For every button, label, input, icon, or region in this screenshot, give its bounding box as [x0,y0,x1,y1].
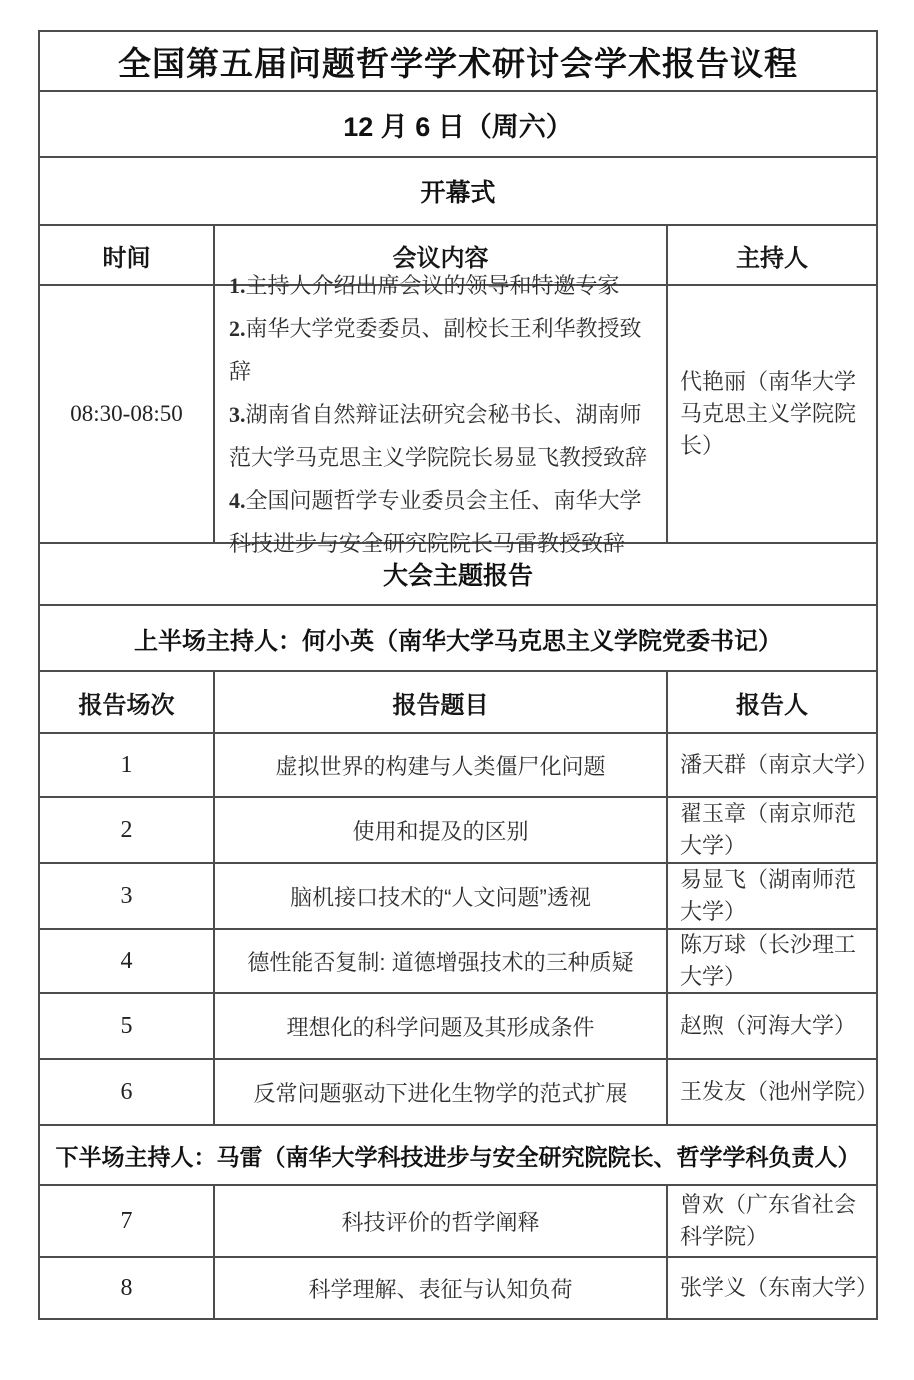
report-title: 德性能否复制: 道德增强技术的三种质疑 [213,930,668,992]
report-speaker: 曾欢（广东省社会科学院） [668,1186,876,1256]
report-number: 1 [40,734,213,796]
report-number: 3 [40,864,213,928]
report-title: 使用和提及的区别 [213,798,668,862]
report-row: 3 脑机接口技术的“人文问题”透视 易显飞（湖南师范大学） [40,862,876,928]
theme-section-title: 大会主题报告 [40,544,876,604]
item-number: 3. [229,402,246,427]
first-half-host: 上半场主持人：何小英（南华大学马克思主义学院党委书记） [40,606,876,670]
agenda-item: 3.湖南省自然辩证法研究会秘书长、湖南师范大学马克思主义学院院长易显飞教授致辞 [229,393,658,479]
opening-section-title: 开幕式 [40,158,876,224]
report-row: 1 虚拟世界的构建与人类僵尸化问题 潘天群（南京大学） [40,732,876,796]
report-speaker: 张学义（东南大学） [668,1258,876,1318]
item-number: 1. [229,273,246,298]
report-number: 7 [40,1186,213,1256]
report-title: 科学理解、表征与认知负荷 [213,1258,668,1318]
report-row: 2 使用和提及的区别 翟玉章（南京师范大学） [40,796,876,862]
report-speaker: 翟玉章（南京师范大学） [668,798,876,862]
agenda-item: 2.南华大学党委委员、副校长王利华教授致辞 [229,307,658,393]
report-number: 2 [40,798,213,862]
item-text: 主持人介绍出席会议的领导和特邀专家 [246,273,620,298]
report-title: 虚拟世界的构建与人类僵尸化问题 [213,734,668,796]
report-title: 科技评价的哲学阐释 [213,1186,668,1256]
col-header-host: 主持人 [668,226,876,284]
opening-agenda-items: 1.主持人介绍出席会议的领导和特邀专家 2.南华大学党委委员、副校长王利华教授致… [213,286,668,542]
report-speaker: 王发友（池州学院） [668,1060,876,1124]
col-header-topic: 报告题目 [213,672,668,732]
agenda-item: 1.主持人介绍出席会议的领导和特邀专家 [229,264,620,307]
report-speaker: 赵煦（河海大学） [668,994,876,1058]
opening-ceremony-row: 08:30-08:50 1.主持人介绍出席会议的领导和特邀专家 2.南华大学党委… [40,284,876,542]
report-title: 反常问题驱动下进化生物学的范式扩展 [213,1060,668,1124]
item-text: 南华大学党委委员、副校长王利华教授致辞 [229,316,642,384]
item-number: 2. [229,316,246,341]
report-title: 脑机接口技术的“人文问题”透视 [213,864,668,928]
col-header-speaker: 报告人 [668,672,876,732]
agenda-table: 全国第五届问题哲学学术研讨会学术报告议程 12 月 6 日（周六） 开幕式 时间… [38,30,878,1320]
report-row: 7 科技评价的哲学阐释 曾欢（广东省社会科学院） [40,1184,876,1256]
report-number: 8 [40,1258,213,1318]
page-title: 全国第五届问题哲学学术研讨会学术报告议程 [40,32,876,90]
report-number: 6 [40,1060,213,1124]
opening-host: 代艳丽（南华大学马克思主义学院院长） [668,286,876,542]
item-text: 湖南省自然辩证法研究会秘书长、湖南师范大学马克思主义学院院长易显飞教授致辞 [229,402,647,470]
report-row: 8 科学理解、表征与认知负荷 张学义（东南大学） [40,1256,876,1318]
col-header-time: 时间 [40,226,213,284]
report-number: 4 [40,930,213,992]
opening-time: 08:30-08:50 [40,286,213,542]
report-speaker: 易显飞（湖南师范大学） [668,864,876,928]
second-half-host: 下半场主持人：马雷（南华大学科技进步与安全研究院院长、哲学学科负责人） [40,1126,876,1184]
report-speaker: 潘天群（南京大学） [668,734,876,796]
report-row: 5 理想化的科学问题及其形成条件 赵煦（河海大学） [40,992,876,1058]
col-header-session: 报告场次 [40,672,213,732]
report-title: 理想化的科学问题及其形成条件 [213,994,668,1058]
date-heading: 12 月 6 日（周六） [40,92,876,156]
report-speaker: 陈万球（长沙理工大学） [668,930,876,992]
report-number: 5 [40,994,213,1058]
report-row: 4 德性能否复制: 道德增强技术的三种质疑 陈万球（长沙理工大学） [40,928,876,992]
report-row: 6 反常问题驱动下进化生物学的范式扩展 王发友（池州学院） [40,1058,876,1124]
item-number: 4. [229,488,246,513]
